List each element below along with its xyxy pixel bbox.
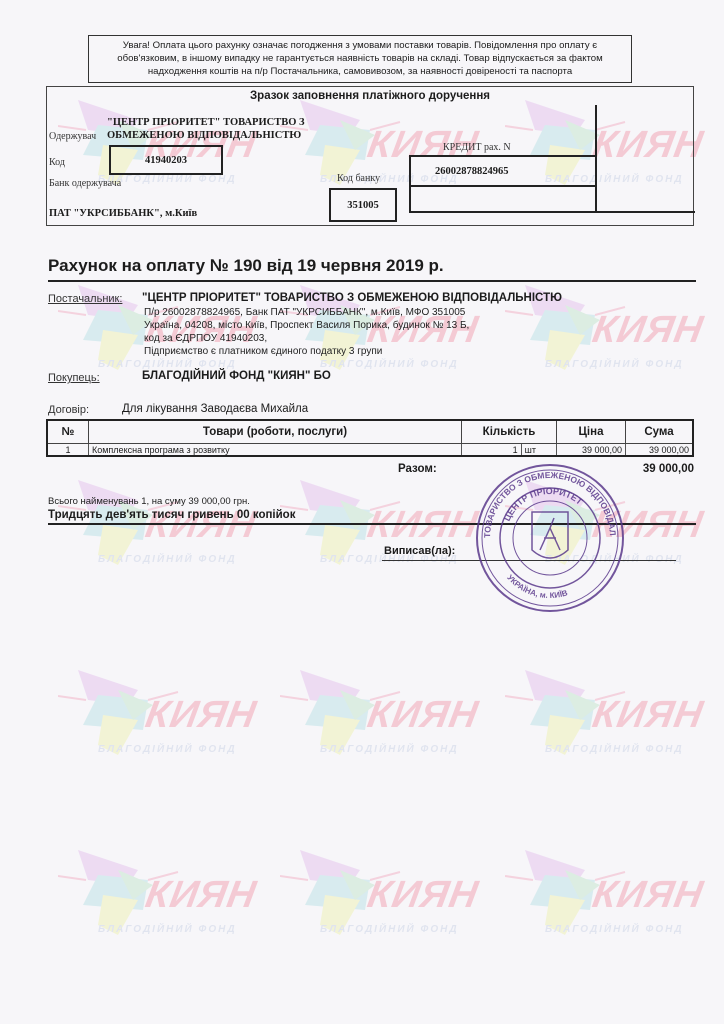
col-goods: Товари (роботи, послуги) — [89, 420, 462, 444]
contract-label: Договір: — [48, 404, 89, 416]
buyer-name: БЛАГОДІЙНИЙ ФОНД "КИЯН" БО — [142, 370, 331, 382]
row-sum: 39 000,00 — [626, 444, 694, 457]
table-row: 1 Комплексна програма з розвитку 1 шт 39… — [47, 444, 693, 457]
col-sum: Сума — [626, 420, 694, 444]
payment-sample-box: Зразок заповнення платіжного доручення "… — [46, 86, 694, 226]
total-label: Разом: — [398, 463, 437, 475]
recipient-label: Одержувач — [49, 131, 96, 142]
watermark-logo: КИЯНБЛАГОДІЙНИЙ ФОНД — [280, 660, 470, 770]
notice-line: Увага! Оплата цього рахунку означає пого… — [89, 39, 631, 52]
title-rule — [48, 280, 696, 282]
supplier-tax-status: Підприємство є платником єдиного податку… — [144, 345, 469, 358]
supplier-edrpou: код за ЄДРПОУ 41940203, — [144, 332, 469, 345]
credit-empty-cell — [409, 185, 597, 213]
items-table: № Товари (роботи, послуги) Кількість Цін… — [46, 419, 694, 457]
supplier-account: П/р 26002878824965, Банк ПАТ "УКРСИББАНК… — [144, 306, 469, 319]
notice-line: надходження коштів на п/р Постачальника,… — [89, 65, 631, 78]
watermark-logo: КИЯНБЛАГОДІЙНИЙ ФОНД — [505, 840, 695, 950]
contract-value: Для лікування Заводаєва Михайла — [122, 403, 308, 415]
code-value: 41940203 — [109, 145, 223, 175]
code-label: Код — [49, 157, 65, 168]
supplier-name: "ЦЕНТР ПРІОРИТЕТ" ТОВАРИСТВО З ОБМЕЖЕНОЮ… — [142, 292, 562, 304]
invoice-page: КИЯНБЛАГОДІЙНИЙ ФОНДКИЯНБЛАГОДІЙНИЙ ФОНД… — [0, 0, 724, 1024]
payment-sample-title: Зразок заповнення платіжного доручення — [47, 90, 693, 102]
total-in-words: Тридцять дев'ять тисяч гривень 00 копійо… — [48, 509, 295, 521]
bank-code-label: Код банку — [337, 173, 380, 184]
credit-bottom-rule — [409, 211, 695, 213]
total-summary: Всього найменувань 1, на суму 39 000,00 … — [48, 496, 250, 507]
payment-notice: Увага! Оплата цього рахунку означає пого… — [88, 35, 632, 83]
invoice-title: Рахунок на оплату № 190 від 19 червня 20… — [48, 256, 444, 276]
col-quantity: Кількість — [462, 420, 557, 444]
table-header-row: № Товари (роботи, послуги) Кількість Цін… — [47, 420, 693, 444]
recipient-name-line2: ОБМЕЖЕНОЮ ВІДПОВІДАЛЬНІСТЮ — [107, 130, 301, 141]
recipient-name-line1: "ЦЕНТР ПРІОРИТЕТ" ТОВАРИСТВО З — [107, 117, 305, 128]
bank-value: ПАТ "УКРСИББАНК", м.Київ — [49, 208, 197, 219]
supplier-details: П/р 26002878824965, Банк ПАТ "УКРСИББАНК… — [144, 306, 469, 358]
row-price: 39 000,00 — [557, 444, 626, 457]
col-price: Ціна — [557, 420, 626, 444]
watermark-logo: КИЯНБЛАГОДІЙНИЙ ФОНД — [58, 660, 248, 770]
supplier-address: Україна, 04208, місто Київ, Проспект Вас… — [144, 319, 469, 332]
credit-value: 26002878824965 — [409, 155, 597, 187]
supplier-label: Постачальник: — [48, 293, 122, 305]
buyer-label: Покупець: — [48, 372, 100, 384]
bank-label: Банк одержувача — [49, 178, 121, 189]
watermark-logo: КИЯНБЛАГОДІЙНИЙ ФОНД — [58, 840, 248, 950]
notice-line: обов'язковим, в іншому випадку не гарант… — [89, 52, 631, 65]
row-qty: 1 — [462, 444, 522, 457]
watermark-logo: КИЯНБЛАГОДІЙНИЙ ФОНД — [58, 470, 248, 580]
company-stamp: ТОВАРИСТВО З ОБМЕЖЕНОЮ ВІДПОВІДАЛЬНІСТЮ … — [474, 462, 626, 614]
signed-by-label: Виписав(ла): — [384, 545, 455, 557]
col-number: № — [47, 420, 89, 444]
bank-code-value: 351005 — [329, 188, 397, 222]
row-name: Комплексна програма з розвитку — [89, 444, 462, 457]
watermark-logo: КИЯНБЛАГОДІЙНИЙ ФОНД — [280, 470, 470, 580]
row-unit: шт — [521, 444, 556, 457]
watermark-logo: КИЯНБЛАГОДІЙНИЙ ФОНД — [280, 840, 470, 950]
watermark-logo: КИЯНБЛАГОДІЙНИЙ ФОНД — [505, 660, 695, 770]
credit-label: КРЕДИТ рах. N — [443, 142, 511, 153]
row-number: 1 — [47, 444, 89, 457]
svg-text:ТОВАРИСТВО З ОБМЕЖЕНОЮ ВІДПОВІ: ТОВАРИСТВО З ОБМЕЖЕНОЮ ВІДПОВІДАЛЬНІСТЮ — [474, 462, 618, 538]
